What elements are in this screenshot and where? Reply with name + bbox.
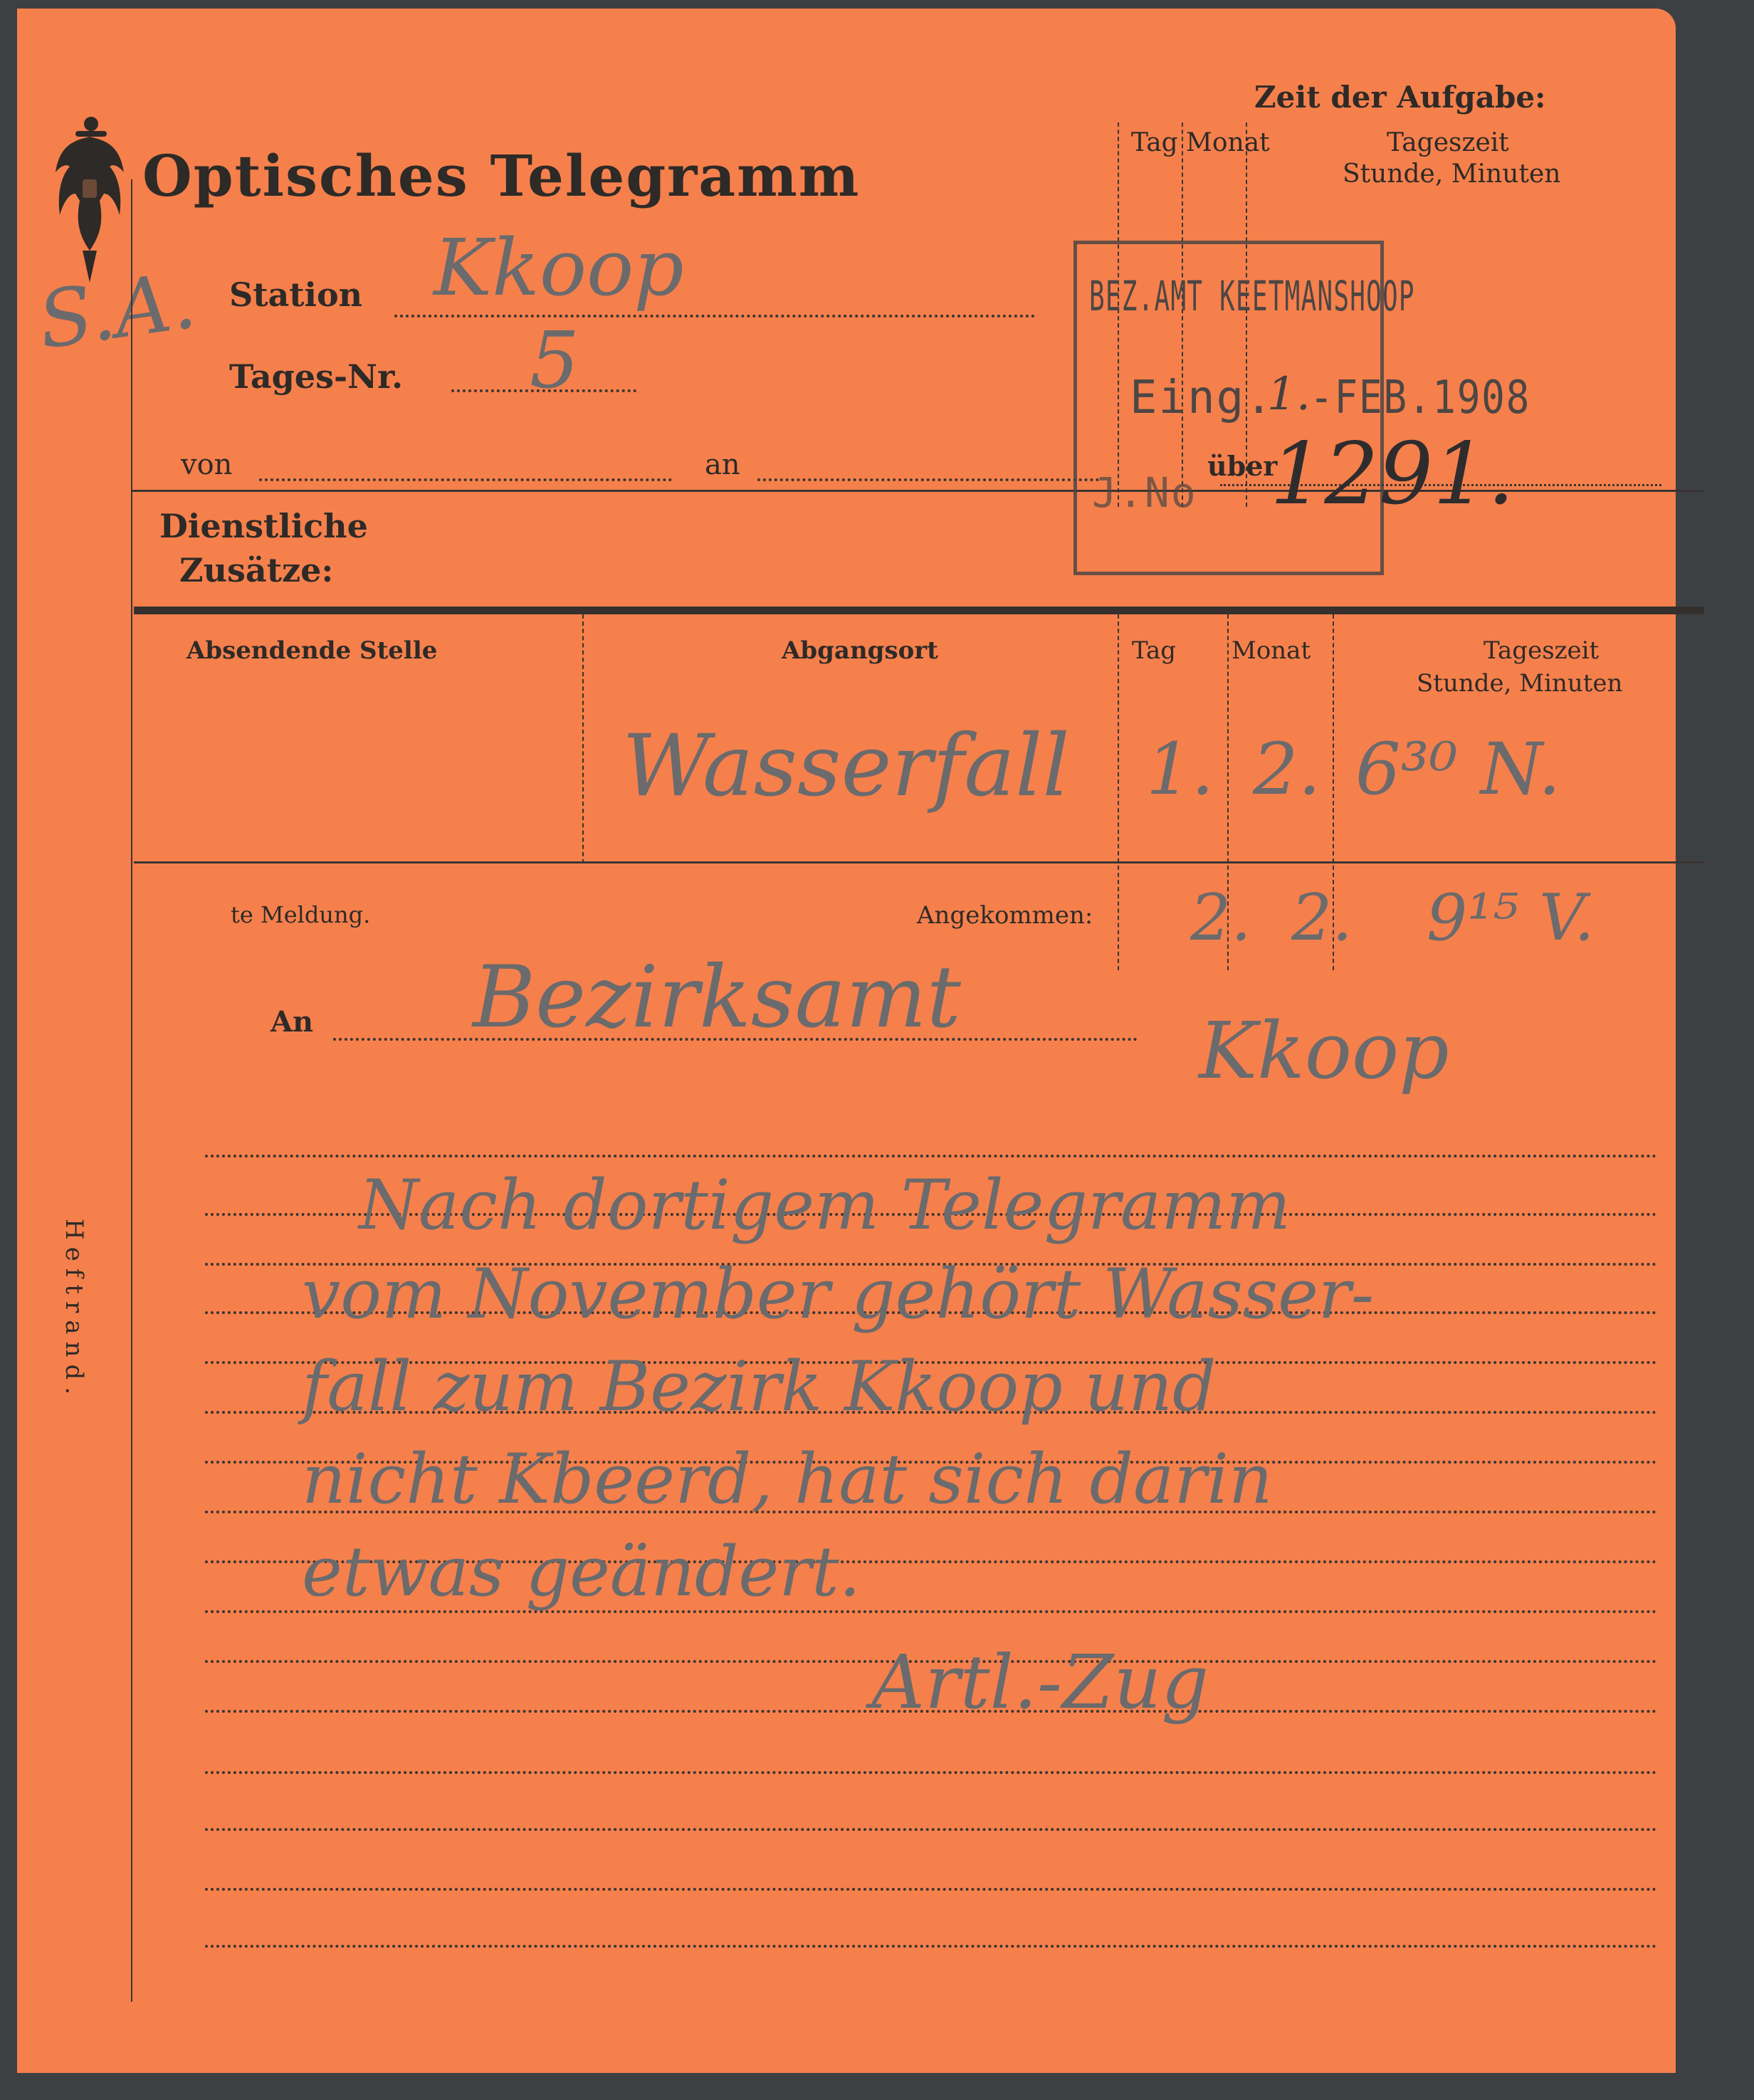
imperial-eagle-icon [54, 115, 125, 286]
header-tageszeit: Tageszeit [1483, 636, 1599, 665]
an-top-label: an [705, 448, 740, 481]
cell-tag: 1. [1146, 728, 1214, 811]
cell-tageszeit: 6³⁰ N. [1355, 728, 1560, 811]
message-line-13 [205, 1771, 1657, 1774]
von-field-line [259, 478, 672, 481]
dienstliche-label: Dienstliche [159, 507, 368, 545]
header-stunde-minuten: Stunde, Minuten [1417, 669, 1622, 698]
stamp-jno: J.No [1092, 468, 1197, 517]
message-text-1: Nach dortigem Telegramm [359, 1165, 1291, 1245]
form-title: Optisches Telegramm [142, 142, 860, 209]
journal-number: 1291. [1270, 425, 1515, 524]
telegram-form: Optisches Telegramm S.A. Station Kkoop T… [17, 9, 1676, 2073]
angekommen-monat: 2. [1291, 881, 1353, 955]
header-absendende-stelle: Absendende Stelle [187, 636, 437, 665]
an-top-field-line [757, 478, 1099, 481]
table-col-divider-1 [582, 614, 584, 863]
an-value: Bezirksamt [473, 948, 961, 1047]
an-label: An [271, 1005, 313, 1039]
von-label: von [181, 448, 232, 481]
message-text-4: nicht Kbeerd, hat sich darin [302, 1439, 1273, 1519]
aufgabe-col-monat: Monat [1186, 128, 1270, 157]
header-monat: Monat [1232, 636, 1311, 665]
left-frame-line [131, 179, 132, 2002]
heftrand-label: Heftrand. [60, 1219, 88, 1402]
message-text-2: vom November gehört Wasser- [302, 1254, 1374, 1334]
ueber-label: über [1207, 450, 1277, 482]
message-line-1 [205, 1155, 1657, 1157]
aufgabe-col-stunde-minuten: Stunde, Minuten [1343, 159, 1560, 189]
table-col-divider-2 [1118, 614, 1119, 970]
meldung-label: te Meldung. [231, 901, 370, 928]
message-text-3: fall zum Bezirk Kkoop und [302, 1347, 1216, 1427]
message-line-14 [205, 1828, 1657, 1831]
aufgabe-col-tageszeit: Tageszeit [1387, 128, 1509, 157]
aufgabe-col-tag: Tag [1131, 128, 1178, 157]
stamp-eing: Eing. [1130, 372, 1274, 424]
header-tag: Tag [1132, 636, 1176, 665]
message-signature: Artl.-Zug [871, 1639, 1209, 1726]
table-bottom-divider [134, 861, 1704, 863]
stamp-office: BEZ.AMT KEETMANSHOOP [1089, 272, 1415, 320]
zusaetze-label: Zusätze: [179, 551, 333, 589]
station-value: Kkoop [434, 222, 684, 313]
an-value-2: Kkoop [1199, 1005, 1449, 1096]
message-text-5: etwas geändert. [302, 1532, 861, 1612]
cell-monat: 2. [1253, 728, 1320, 811]
aufgabe-heading: Zeit der Aufgabe: [1254, 80, 1546, 115]
message-line-15 [205, 1888, 1657, 1891]
station-field-line [394, 315, 1035, 317]
message-line-16 [205, 1945, 1657, 1948]
cell-abgangsort: Wasserfall [622, 717, 1070, 816]
angekommen-label: Angekommen: [917, 901, 1093, 930]
tages-nr-value: 5 [530, 315, 579, 406]
stamp-day: 1. [1267, 368, 1311, 421]
header-abgangsort: Abgangsort [782, 636, 938, 665]
station-label: Station [229, 275, 362, 314]
angekommen-tag: 2. [1190, 881, 1251, 955]
tages-nr-label: Tages-Nr. [229, 357, 403, 396]
table-top-divider [134, 607, 1704, 614]
stamp-date: -FEB.1908 [1310, 372, 1530, 424]
angekommen-zeit: 9¹⁵ V. [1427, 881, 1595, 955]
